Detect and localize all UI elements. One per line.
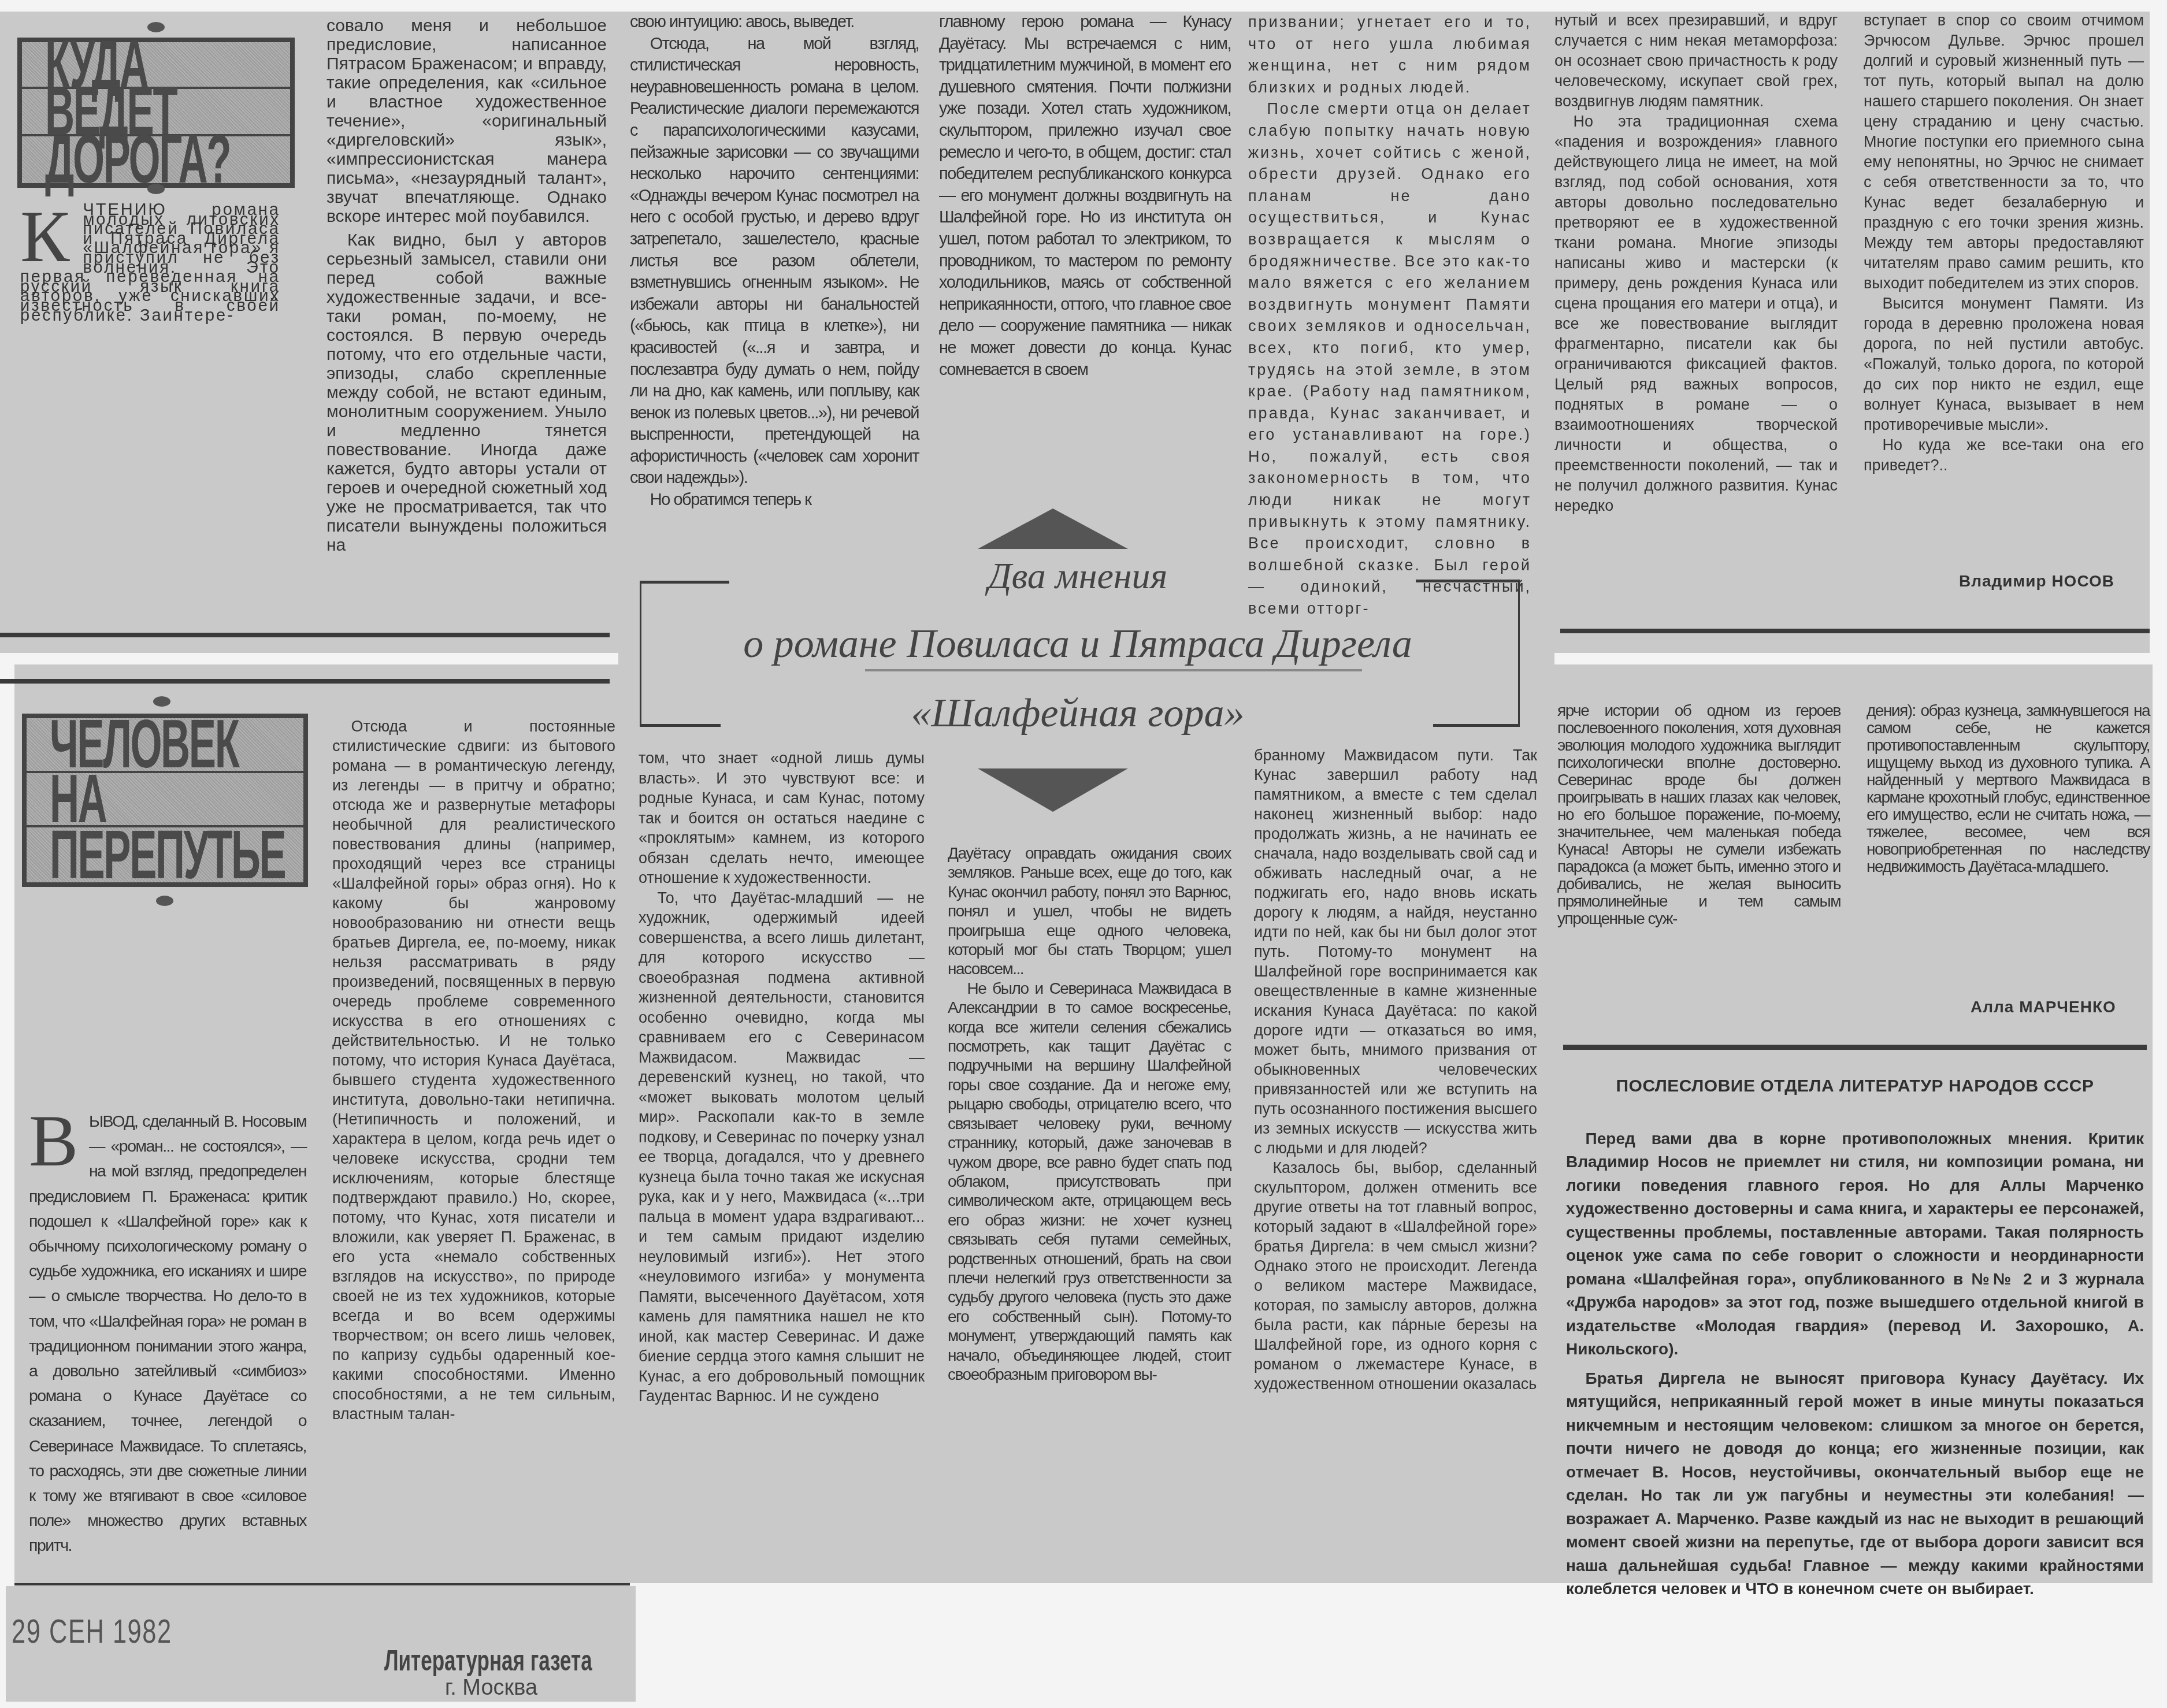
nosov-column-7: вступает в спор со своим отчимом Эрчюсом… [1864,10,2144,476]
marchenko-column-6: ярче истории об одном из героев послевое… [1557,702,1841,927]
paragraph: нутый и всех презиравший, и вдруг случае… [1554,10,1838,112]
heading-box-man-at-crossroads: ЧЕЛОВЕК НА ПЕРЕПУТЬЕ [22,714,308,887]
paragraph: дения): образ кузнеца, замкнувшегося на … [1867,702,2150,875]
divider-rule [14,1583,630,1586]
divider-rule [0,679,610,684]
newspaper-city: г. Москва [445,1676,537,1700]
nosov-column-3: свою интуицию: авось, выведет. Отсюда, н… [630,12,919,511]
nosov-column-4: главному герою романа — Кунасу Дауётасу.… [939,12,1231,381]
title-about-novel: о романе Повиласа и Пятраса Диргела [636,621,1520,667]
paragraph: бранному Мажвидасом пути. Так Кунас заве… [1254,745,1537,1158]
paragraph: Но обратимся теперь к [630,489,919,511]
paragraph: вступает в спор со своим отчимом Эрчюсом… [1864,10,2144,294]
nosov-column-1: К ЧТЕНИЮ романа молодых литовских писате… [20,205,280,320]
marchenko-column-3: том, что знает «одной лишь думы власть».… [639,748,925,1406]
paragraph: совало меня и небольшое предисловие, нап… [326,16,607,226]
marchenko-column-2: Отсюда и постоянные стилистические сдвиг… [332,716,615,1424]
afterword-title: ПОСЛЕСЛОВИЕ ОТДЕЛА ЛИТЕРАТУР НАРОДОВ ССС… [1566,1075,2144,1098]
paragraph: Высится монумент Памяти. Из города в дер… [1864,294,2144,435]
bullet-dot [156,896,173,906]
title-novel-name: «Шалфейная гора» [636,690,1520,737]
title-underline [865,669,1362,671]
paragraph: Казалось бы, выбор, сделанный скульпторо… [1254,1158,1537,1394]
divider-rule [1560,629,2150,633]
bullet-dot [147,184,165,194]
paragraph: свою интуицию: авось, выведет. [630,12,919,34]
paragraph: Отсюда и постоянные стилистические сдвиг… [332,716,615,1424]
paragraph: ярче истории об одном из героев послевое… [1557,702,1841,927]
signature-nosov: Владимир НОСОВ [1959,572,2114,591]
paragraph: Отсюда, на мой взгляд, стилистическая не… [630,34,919,489]
paragraph: Дауётасу оправдать ожидания своих земляк… [948,844,1231,979]
marchenko-column-7: дения): образ кузнеца, замкнувшегося на … [1867,702,2150,875]
paragraph: призвании; угнетает его и то, что от нег… [1248,12,1531,98]
signature-marchenko: Алла МАРЧЕНКО [1971,998,2116,1016]
nosov-column-6: нутый и всех презиравший, и вдруг случае… [1554,10,1838,516]
paragraph: Перед вами два в корне противоположных м… [1566,1127,2144,1361]
nosov-column-5: призвании; угнетает его и то, что от нег… [1248,12,1531,620]
marchenko-column-5: бранному Мажвидасом пути. Так Кунас заве… [1254,745,1537,1394]
newspaper-name: Литературная газета [384,1644,592,1677]
date-stamp: 29 СЕН 1982 [12,1612,172,1651]
paragraph: Но куда же все-таки она его приведет?.. [1864,435,2144,476]
heading-line: ПЕРЕПУТЬЕ [50,821,285,889]
paragraph: То, что Дауётас-младший — не художник, о… [639,888,925,1406]
drop-cap: В [29,1112,77,1169]
triangle-bottom-ornament [978,768,1128,812]
divider-rule [1563,1045,2147,1050]
paragraph: Как видно, был у авторов серьезный замыс… [326,231,607,555]
heading-line: ДОРОГА? [45,125,230,194]
paragraph: главному герою романа — Кунасу Дауётасу.… [939,12,1231,381]
heading-box-where-does-the-road-lead: КУДА ВЕДЕТ ДОРОГА? [17,38,295,188]
paragraph: том, что знает «одной лишь думы власть».… [639,748,925,888]
bullet-dot [147,22,165,32]
marchenko-column-4: Дауётасу оправдать ожидания своих земляк… [948,844,1231,1384]
nosov-column-2: совало меня и небольшое предисловие, нап… [326,16,607,555]
paragraph: Не было и Северинаса Мажвидаса в Алексан… [948,979,1231,1384]
divider-rule [0,633,610,637]
drop-cap: К [20,207,71,265]
afterword-block: ПОСЛЕСЛОВИЕ ОТДЕЛА ЛИТЕРАТУР НАРОДОВ ССС… [1566,1075,2144,1601]
title-two-opinions: Два мнения [636,555,1520,597]
marchenko-column-1: В ЫВОД, сделанный В. Носовым — «роман...… [29,1109,306,1559]
triangle-top-ornament [978,508,1128,549]
paragraph: Братья Диргела не выносят приговора Куна… [1566,1367,2144,1601]
paragraph: После смерти отца он делает слабую попыт… [1248,98,1531,619]
bullet-dot [153,696,170,707]
paragraph: Но эта традиционная схема «падения и воз… [1554,112,1838,516]
